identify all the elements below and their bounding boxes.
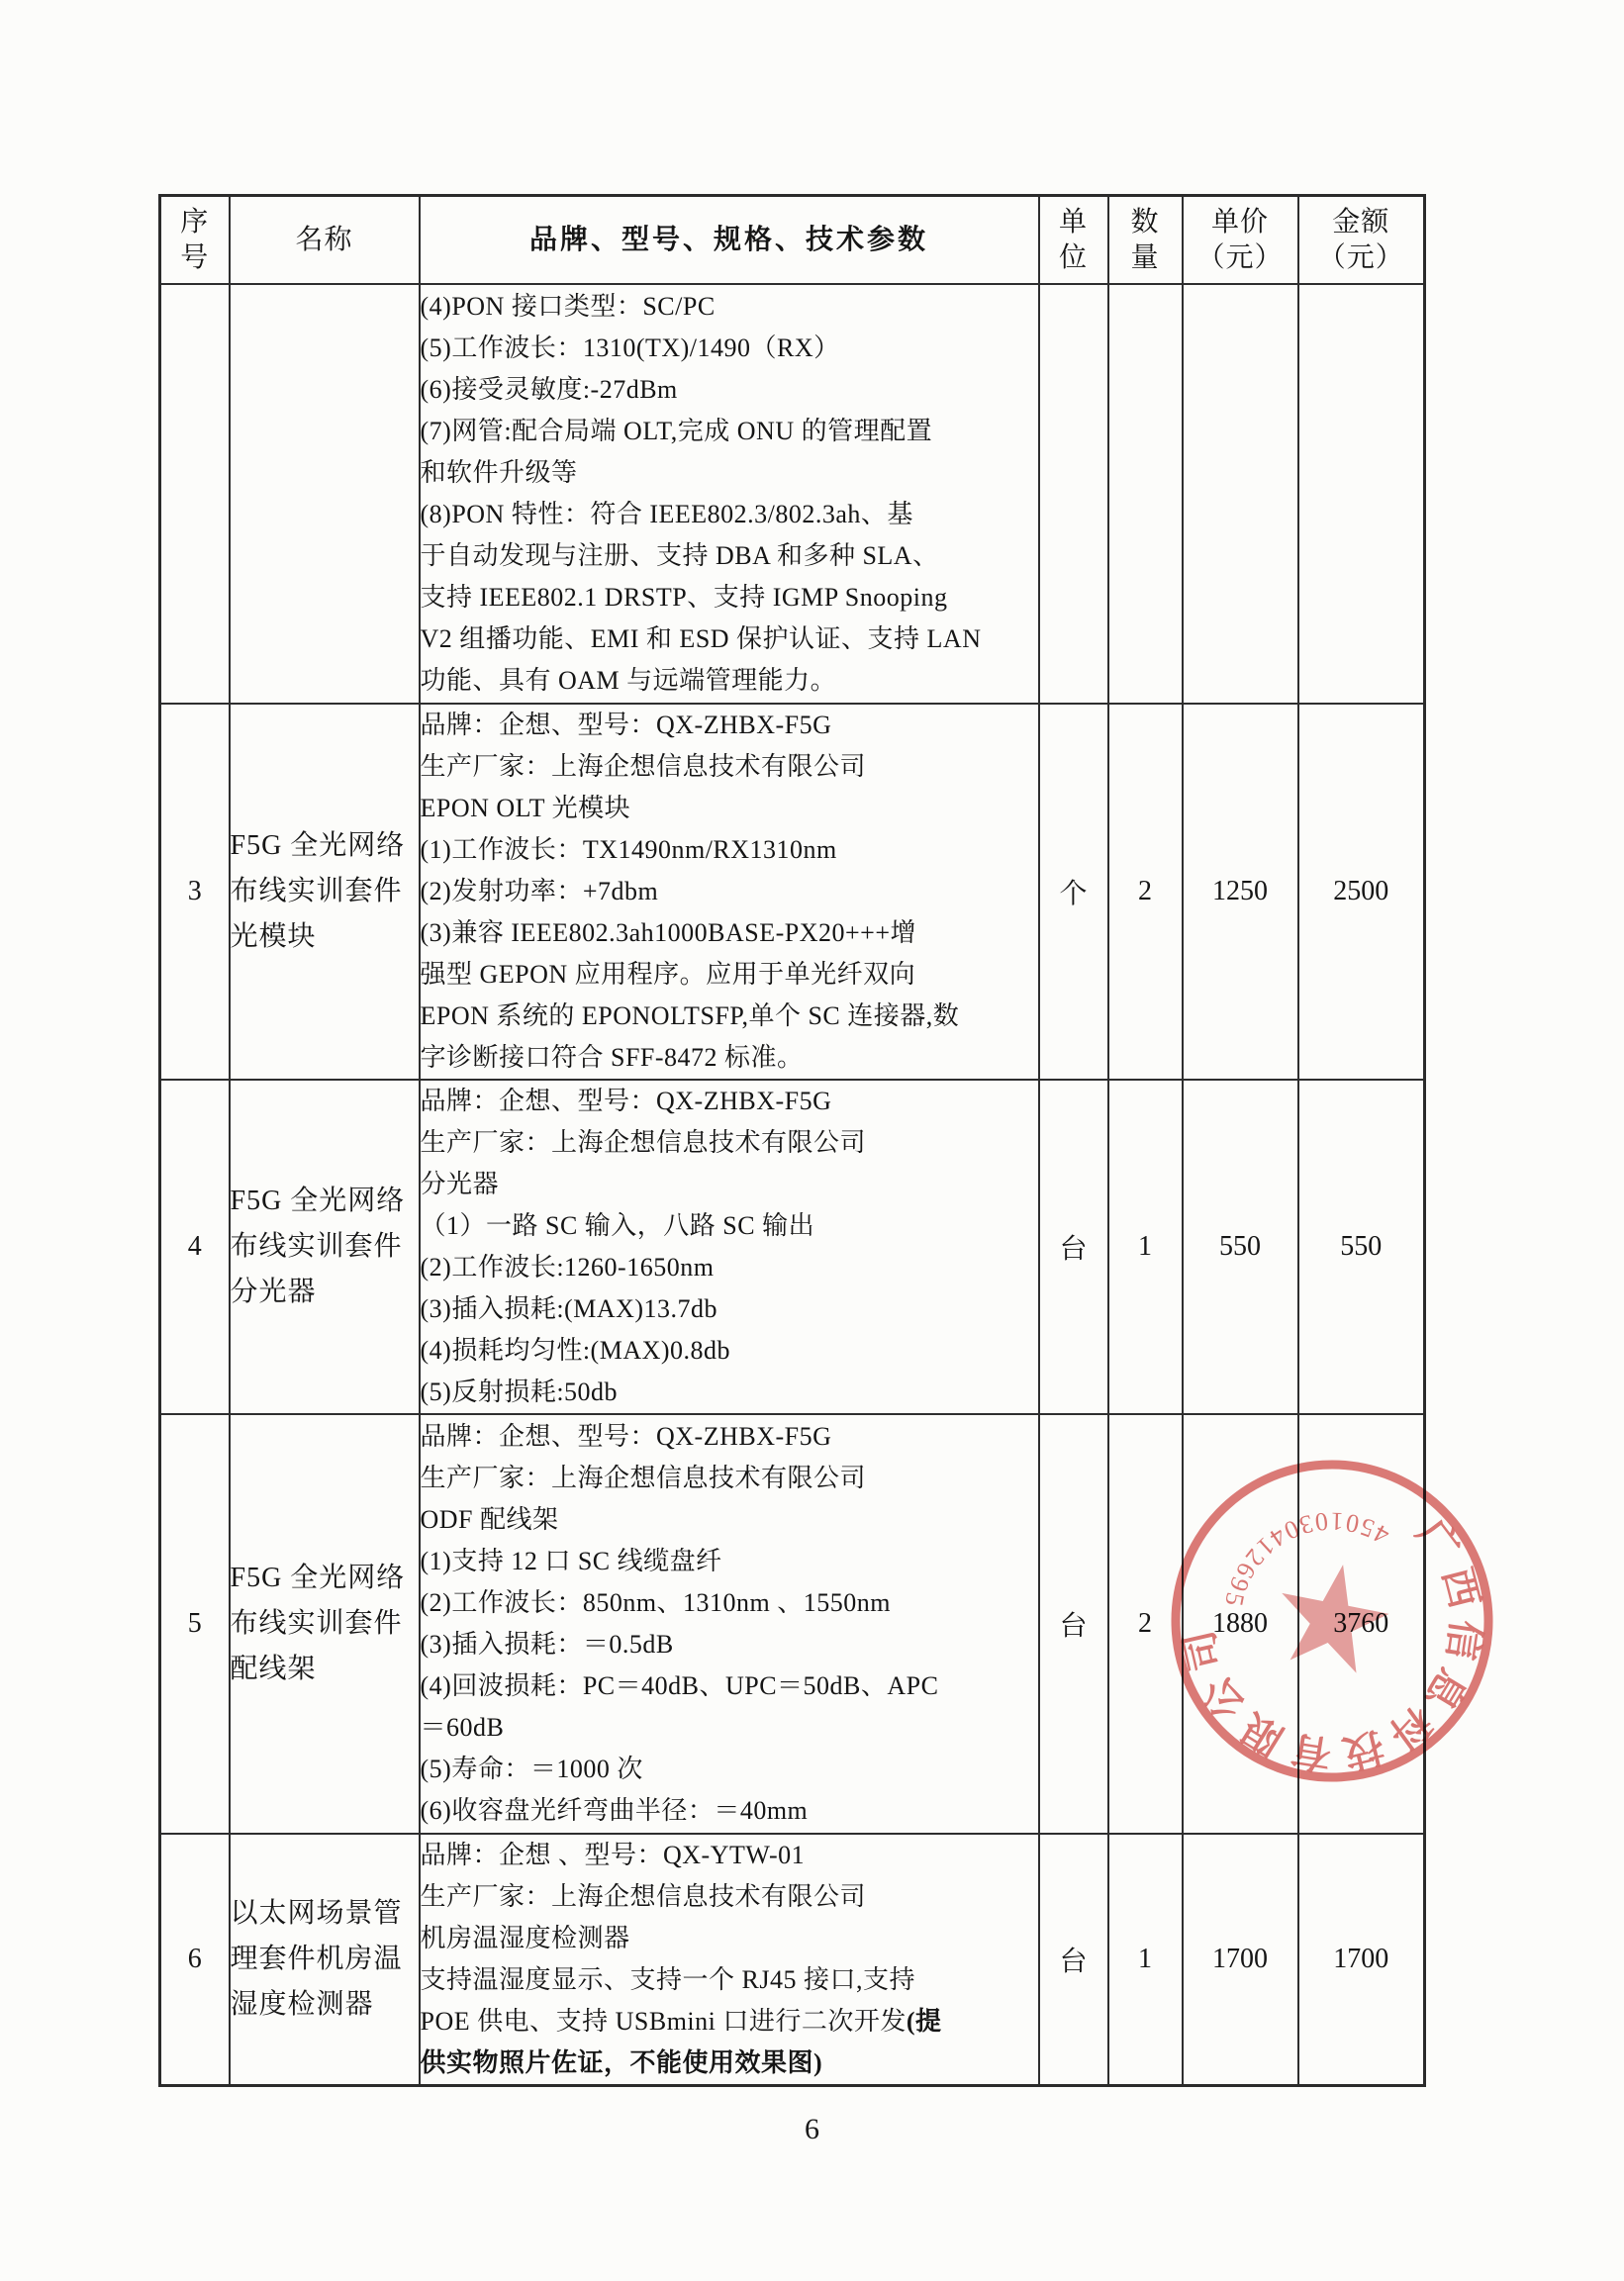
- qty-cell: 2: [1108, 704, 1183, 1080]
- spec-line: 支持 IEEE802.1 DRSTP、支持 IGMP Snooping: [421, 577, 1038, 618]
- spec-line: (2)工作波长:1260-1650nm: [421, 1247, 1038, 1288]
- table-header-row: 序号名称品牌、型号、规格、技术参数单位数量单价（元）金额（元）: [160, 196, 1425, 285]
- table-row: 6以太网场景管理套件机房温湿度检测器品牌：企想 、型号：QX-YTW-01生产厂…: [160, 1834, 1425, 2086]
- spec-line: (4)PON 接口类型：SC/PC: [421, 286, 1038, 328]
- spec-line: (3)插入损耗：＝0.5dB: [421, 1624, 1038, 1665]
- spec-line: (8)PON 特性：符合 IEEE802.3/802.3ah、基: [421, 494, 1038, 535]
- page-number: 6: [0, 2113, 1624, 2146]
- spec-cell: (4)PON 接口类型：SC/PC(5)工作波长：1310(TX)/1490（R…: [420, 284, 1039, 704]
- name-cell: F5G 全光网络布线实训套件光模块: [230, 704, 420, 1080]
- header-amount: 金额（元）: [1298, 196, 1425, 285]
- spec-line: (2)发射功率：+7dbm: [421, 871, 1038, 912]
- table-row: (4)PON 接口类型：SC/PC(5)工作波长：1310(TX)/1490（R…: [160, 284, 1425, 704]
- seq-cell: [160, 284, 230, 704]
- quotation-table: 序号名称品牌、型号、规格、技术参数单位数量单价（元）金额（元） (4)PON 接…: [158, 194, 1426, 2087]
- spec-line: （1）一路 SC 输入，八路 SC 输出: [421, 1205, 1038, 1247]
- spec-line: 供实物照片佐证，不能使用效果图): [421, 2043, 1038, 2084]
- header-name: 名称: [230, 196, 420, 285]
- spec-line: ＝60dB: [421, 1707, 1038, 1749]
- spec-line: (5)工作波长：1310(TX)/1490（RX）: [421, 328, 1038, 369]
- spec-line: (4)回波损耗：PC＝40dB、UPC＝50dB、APC: [421, 1665, 1038, 1707]
- spec-line: 字诊断接口符合 SFF-8472 标准。: [421, 1037, 1038, 1079]
- spec-cell: 品牌：企想 、型号：QX-YTW-01生产厂家：上海企想信息技术有限公司机房温湿…: [420, 1834, 1039, 2086]
- spec-cell: 品牌：企想、型号：QX-ZHBX-F5G生产厂家：上海企想信息技术有限公司EPO…: [420, 704, 1039, 1080]
- spec-line: EPON 系统的 EPONOLTSFP,单个 SC 连接器,数: [421, 996, 1038, 1037]
- unit-cell: 台: [1039, 1834, 1108, 2086]
- spec-line: 功能、具有 OAM 与远端管理能力。: [421, 660, 1038, 702]
- spec-line: 品牌：企想、型号：QX-ZHBX-F5G: [421, 1081, 1038, 1122]
- qty-cell: 2: [1108, 1414, 1183, 1834]
- spec-line: 品牌：企想、型号：QX-ZHBX-F5G: [421, 705, 1038, 746]
- spec-line: (6)接受灵敏度:-27dBm: [421, 369, 1038, 411]
- spec-line: (1)工作波长：TX1490nm/RX1310nm: [421, 829, 1038, 871]
- unit-cell: [1039, 284, 1108, 704]
- header-seq: 序号: [160, 196, 230, 285]
- document-page: 序号名称品牌、型号、规格、技术参数单位数量单价（元）金额（元） (4)PON 接…: [0, 0, 1624, 2281]
- spec-line: 机房温湿度检测器: [421, 1918, 1038, 1959]
- qty-cell: 1: [1108, 1080, 1183, 1414]
- spec-line: (6)收容盘光纤弯曲半径：＝40mm: [421, 1790, 1038, 1832]
- amount-cell: [1298, 284, 1425, 704]
- spec-line: (5)反射损耗:50db: [421, 1372, 1038, 1413]
- seq-cell: 6: [160, 1834, 230, 2086]
- spec-line: 于自动发现与注册、支持 DBA 和多种 SLA、: [421, 535, 1038, 577]
- spec-cell: 品牌：企想、型号：QX-ZHBX-F5G生产厂家：上海企想信息技术有限公司ODF…: [420, 1414, 1039, 1834]
- spec-line: V2 组播功能、EMI 和 ESD 保护认证、支持 LAN: [421, 618, 1038, 660]
- header-unit: 单位: [1039, 196, 1108, 285]
- spec-line: (7)网管:配合局端 OLT,完成 ONU 的管理配置: [421, 411, 1038, 452]
- name-cell: 以太网场景管理套件机房温湿度检测器: [230, 1834, 420, 2086]
- spec-line: 生产厂家：上海企想信息技术有限公司: [421, 1458, 1038, 1499]
- header-spec: 品牌、型号、规格、技术参数: [420, 196, 1039, 285]
- qty-cell: [1108, 284, 1183, 704]
- spec-cell: 品牌：企想、型号：QX-ZHBX-F5G生产厂家：上海企想信息技术有限公司分光器…: [420, 1080, 1039, 1414]
- spec-line: ODF 配线架: [421, 1499, 1038, 1541]
- header-qty: 数量: [1108, 196, 1183, 285]
- price-cell: 1700: [1183, 1834, 1298, 2086]
- seq-cell: 5: [160, 1414, 230, 1834]
- seq-cell: 3: [160, 704, 230, 1080]
- spec-line: 品牌：企想、型号：QX-ZHBX-F5G: [421, 1416, 1038, 1458]
- price-cell: [1183, 284, 1298, 704]
- unit-cell: 台: [1039, 1080, 1108, 1414]
- table-row: 5F5G 全光网络布线实训套件配线架品牌：企想、型号：QX-ZHBX-F5G生产…: [160, 1414, 1425, 1834]
- seq-cell: 4: [160, 1080, 230, 1414]
- spec-line: 分光器: [421, 1164, 1038, 1205]
- spec-line: 强型 GEPON 应用程序。应用于单光纤双向: [421, 954, 1038, 996]
- name-cell: F5G 全光网络布线实训套件配线架: [230, 1414, 420, 1834]
- table-row: 3F5G 全光网络布线实训套件光模块品牌：企想、型号：QX-ZHBX-F5G生产…: [160, 704, 1425, 1080]
- spec-line: POE 供电、支持 USBmini 口进行二次开发(提: [421, 2001, 1038, 2043]
- spec-line: 和软件升级等: [421, 452, 1038, 494]
- price-cell: 1880: [1183, 1414, 1298, 1834]
- name-cell: [230, 284, 420, 704]
- spec-line: (3)插入损耗:(MAX)13.7db: [421, 1288, 1038, 1330]
- table-row: 4F5G 全光网络布线实训套件分光器品牌：企想、型号：QX-ZHBX-F5G生产…: [160, 1080, 1425, 1414]
- amount-cell: 3760: [1298, 1414, 1425, 1834]
- qty-cell: 1: [1108, 1834, 1183, 2086]
- spec-line: (3)兼容 IEEE802.3ah1000BASE-PX20+++增: [421, 912, 1038, 954]
- spec-line: EPON OLT 光模块: [421, 788, 1038, 829]
- amount-cell: 550: [1298, 1080, 1425, 1414]
- spec-line: (2)工作波长：850nm、1310nm 、1550nm: [421, 1582, 1038, 1624]
- spec-line: 支持温湿度显示、支持一个 RJ45 接口,支持: [421, 1959, 1038, 2001]
- price-cell: 1250: [1183, 704, 1298, 1080]
- spec-line: 品牌：企想 、型号：QX-YTW-01: [421, 1835, 1038, 1876]
- spec-line: 生产厂家：上海企想信息技术有限公司: [421, 1876, 1038, 1918]
- header-price: 单价（元）: [1183, 196, 1298, 285]
- spec-line: (4)损耗均匀性:(MAX)0.8db: [421, 1330, 1038, 1372]
- price-cell: 550: [1183, 1080, 1298, 1414]
- spec-line: 生产厂家：上海企想信息技术有限公司: [421, 746, 1038, 788]
- amount-cell: 1700: [1298, 1834, 1425, 2086]
- amount-cell: 2500: [1298, 704, 1425, 1080]
- name-cell: F5G 全光网络布线实训套件分光器: [230, 1080, 420, 1414]
- spec-line: (1)支持 12 口 SC 线缆盘纤: [421, 1541, 1038, 1582]
- unit-cell: 个: [1039, 704, 1108, 1080]
- spec-line: (5)寿命：＝1000 次: [421, 1749, 1038, 1790]
- unit-cell: 台: [1039, 1414, 1108, 1834]
- spec-line: 生产厂家：上海企想信息技术有限公司: [421, 1122, 1038, 1164]
